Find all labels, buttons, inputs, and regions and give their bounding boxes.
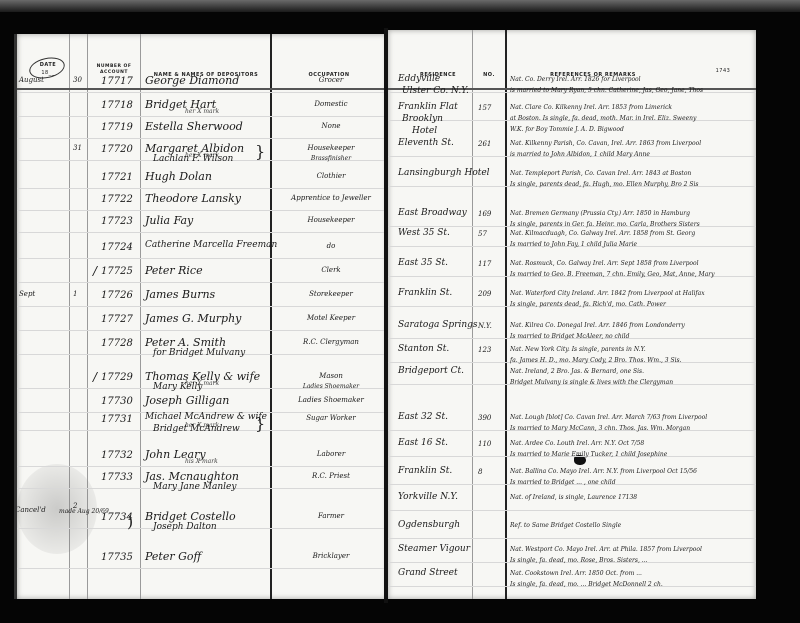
account-number: 17731 [101, 414, 133, 425]
occupation: None [279, 122, 383, 130]
account-number: 17723 [101, 216, 133, 227]
occupation: Ladies Shoemaker [279, 396, 383, 404]
date-day: 1 [73, 290, 77, 298]
remarks-line: Nat. Co. Derry Irel. Arr. 1826 for Liver… [510, 76, 750, 83]
depositor-name: Peter Rice [145, 264, 203, 277]
depositor-name: James Burns [145, 288, 215, 301]
side-note: made Aug 20/69 [59, 508, 109, 515]
residence: East 16 St. [398, 438, 448, 448]
depositor-name-line2: Lachlan F. Wilson [153, 154, 233, 164]
row-rule [17, 232, 387, 233]
account-number: 17730 [101, 396, 133, 407]
date-day: 31 [73, 144, 82, 152]
rule-name-occupation [270, 34, 272, 599]
depositor-name: Catherine Marcella Freeman [145, 240, 277, 250]
account-number: 17729 [101, 372, 133, 383]
depositor-name: Hugh Dolan [145, 170, 212, 183]
right-ledger-page: RESIDENCE No. REFERENCES OR REMARKS 1743… [388, 30, 756, 599]
remarks-line: Nat. Clare Co. Kilkenny Irel. Arr. 1853 … [510, 104, 750, 111]
residence: Lansingburgh Hotel [398, 168, 490, 178]
residence: East Broadway [398, 208, 467, 218]
rule-number-remarks [505, 30, 507, 599]
residence: Grand Street [398, 568, 458, 578]
residence-number: 57 [478, 230, 487, 238]
residence: Ogdensburgh [398, 520, 460, 530]
remarks-line: W.K. for Boy Tommie J. A. D. Bigwood [510, 126, 750, 133]
remarks-line: Is single, parents in Ger. fa. Heinr. mo… [510, 221, 750, 228]
depositor-name: Estella Sherwood [145, 120, 243, 133]
date-month: August [19, 76, 44, 84]
occupation: Farmer [279, 512, 383, 520]
depositor-name: Michael McAndrew & wife [145, 412, 267, 422]
residence-line2: Ulster Co. N.Y. [402, 86, 469, 96]
check-mark: / [93, 264, 97, 278]
depositor-name-line2: Mary Jane Manley [153, 482, 236, 492]
residence: Franklin Flat [398, 102, 458, 112]
residence: Bridgeport Ct. [398, 366, 464, 376]
remarks-line: Nat. Kilkenny Parish, Co. Cavan, Irel. A… [510, 140, 750, 147]
row-rule [17, 330, 387, 331]
remarks-line: Is single, fa. dead, mo. Rose, Bros. Sis… [510, 557, 750, 564]
occupation-line2: Brassfinisher [279, 155, 383, 162]
row-rule [17, 466, 387, 467]
occupation: R.C. Priest [279, 472, 383, 480]
brace: } [255, 414, 265, 433]
occupation: Clerk [279, 266, 383, 274]
remarks-line: Nat. Templeport Parish, Co. Cavan Irel. … [510, 170, 750, 177]
signature-mark-note: his X mark [185, 458, 218, 465]
depositor-name: Peter Goff [145, 550, 201, 563]
remarks-line: Nat. Kilrea Co. Donegal Irel. Arr. 1846 … [510, 322, 750, 329]
depositor-name: Joseph Gilligan [145, 394, 229, 407]
account-number: 17719 [101, 122, 133, 133]
remarks-line: Is single, parents dead, fa. Rich'd, mo.… [510, 301, 750, 308]
remarks-line: Is married to Geo. B. Freeman, 7 chn. Em… [510, 271, 750, 278]
residence: Stanton St. [398, 344, 449, 354]
account-number: 17722 [101, 194, 133, 205]
remarks-line: Ref. to Same Bridget Costello Single [510, 522, 750, 529]
date-day: 30 [73, 76, 82, 84]
account-number: 17726 [101, 290, 133, 301]
remarks-line: Nat. Bremen Germany (Prussia Cty.) Arr. … [510, 210, 750, 217]
residence-number: 261 [478, 140, 491, 148]
account-number: 17721 [101, 172, 133, 183]
occupation: Sugar Worker [279, 414, 383, 422]
remarks-line: fa. James H. D., mo. Mary Cody, 2 Bro. T… [510, 357, 750, 364]
occupation: do [279, 242, 383, 250]
residence: Saratoga Springs [398, 320, 478, 330]
residence: East 32 St. [398, 412, 448, 422]
remarks-line: Nat. New York City. Is single, parents i… [510, 346, 750, 353]
occupation: Storekeeper [279, 290, 383, 298]
depositor-name: Julia Fay [145, 214, 193, 227]
row-rule [17, 188, 387, 189]
remarks-line: Is married to Bridget McAleer, no child [510, 333, 750, 340]
remarks-line: Is married to Mary McCann, 3 chn. Thos. … [510, 425, 750, 432]
rule-residence-number [472, 30, 473, 599]
remarks-line: Nat. Ballina Co. Mayo Irel. Arr. N.Y. fr… [510, 468, 750, 475]
occupation: Bricklayer [279, 552, 383, 560]
header-number: No. [476, 72, 502, 78]
occupation: Clothier [279, 172, 383, 180]
occupation: Domestic [279, 100, 383, 108]
row-rule [17, 306, 387, 307]
occupation-line2: Ladies Shoemaker [279, 383, 383, 390]
account-number: 17727 [101, 314, 133, 325]
rule-account-name [140, 34, 141, 599]
remarks-line: Is single, fa. dead, mo. ... Bridget McD… [510, 581, 750, 588]
residence-number: 8 [478, 468, 482, 476]
residence: East 35 St. [398, 258, 448, 268]
date-month: Cancel'd [15, 506, 46, 514]
residence-number: 123 [478, 346, 491, 354]
remarks-line: Nat. Rosmuck, Co. Galway Irel. Arr. Sept… [510, 260, 750, 267]
residence-number: 117 [478, 260, 491, 268]
remarks-line: is married to Mary Ryan, 5 chn. Catherin… [510, 87, 750, 94]
residence: Franklin St. [398, 288, 452, 298]
row-rule [17, 138, 387, 139]
residence-number: 110 [478, 440, 491, 448]
remarks-line: Bridget Mulvany is single & lives with t… [510, 379, 750, 386]
residence: Eddyville [398, 74, 440, 84]
remarks-line: Nat. Lough [blot] Co. Cavan Irel. Arr. M… [510, 414, 750, 421]
remarks-line: is married to John Albidon, 1 child Mary… [510, 151, 750, 158]
remarks-line: Nat. Kilmacduagh, Co. Galway Irel. Arr. … [510, 230, 750, 237]
account-number: 17717 [101, 76, 133, 87]
row-rule [17, 92, 387, 93]
account-number: 17735 [101, 552, 133, 563]
page-mark: 1743 [708, 68, 738, 74]
occupation: Apprentice to Jeweller [279, 194, 383, 202]
residence-line2: Brooklyn [402, 114, 443, 124]
remarks-line: Is single, parents dead, fa. Hugh, mo. E… [510, 181, 750, 188]
residence: Franklin St. [398, 466, 452, 476]
account-number: 17725 [101, 266, 133, 277]
account-number: 17718 [101, 100, 133, 111]
remarks-line: Is married to Bridget ... , one child [510, 479, 750, 486]
remarks-line: Nat. Waterford City Ireland. Arr. 1842 f… [510, 290, 750, 297]
remarks-line: Nat. Westport Co. Mayo Irel. Arr. at Phi… [510, 546, 750, 553]
occupation: Mason [279, 372, 383, 380]
account-number: 17732 [101, 450, 133, 461]
remarks-line: Nat. Cookstown Irel. Arr. 1850 Oct. from… [510, 570, 750, 577]
occupation: Housekeeper [279, 216, 383, 224]
header-date: DATE [35, 62, 61, 68]
signature-mark-note: her X mark [185, 108, 219, 115]
occupation: Laborer [279, 450, 383, 458]
brace: ) [127, 512, 133, 531]
row-rule [388, 510, 756, 511]
check-mark: / [93, 370, 97, 384]
residence-line3: Hotel [412, 126, 437, 136]
row-rule [17, 568, 387, 569]
account-number: 17720 [101, 144, 133, 155]
row-rule [17, 116, 387, 117]
remarks-line: at Boston. Is single, fa. dead, moth. Ma… [510, 115, 750, 122]
depositor-name-line2: for Bridget Mulvany [153, 348, 245, 358]
left-ledger-page: DATE 18__ Number of Account NAME & NAMES… [14, 34, 387, 599]
remarks-line: Nat. Ardee Co. Louth Irel. Arr. N.Y. Oct… [510, 440, 750, 447]
residence-number: 209 [478, 290, 491, 298]
occupation: Motel Keeper [279, 314, 383, 322]
residence: Steamer Vigour [398, 544, 470, 554]
residence-number: N.Y. [478, 322, 492, 330]
scan-top-edge [0, 0, 800, 12]
depositor-name: Theodore Lansky [145, 192, 241, 205]
header-rule [17, 88, 387, 90]
remarks-line: Is married to Marie Emily Tucker, 1 chil… [510, 451, 750, 458]
remarks-line: Nat. of Ireland, is single, Laurence 171… [510, 494, 750, 501]
residence: West 35 St. [398, 228, 450, 238]
residence-number: 390 [478, 414, 491, 422]
residence-number: 157 [478, 104, 491, 112]
date-month: Sept [19, 290, 35, 298]
row-rule [17, 258, 387, 259]
residence: Yorkville N.Y. [398, 492, 458, 502]
occupation: Grocer [279, 76, 383, 84]
depositor-name-line2: Mary Kelly [153, 382, 202, 392]
residence: Eleventh St. [398, 138, 454, 148]
remarks-line: Is married to John Fay, 1 child Julia Ma… [510, 241, 750, 248]
brace: } [255, 142, 265, 161]
depositor-name: George Diamond [145, 74, 239, 87]
occupation: Housekeeper [279, 144, 383, 152]
header-account-number: Number of Account [91, 64, 137, 76]
depositor-name-line2: Joseph Dalton [153, 522, 217, 532]
account-number: 17724 [101, 242, 133, 253]
row-rule [17, 210, 387, 211]
account-number: 17728 [101, 338, 133, 349]
account-number: 17733 [101, 472, 133, 483]
occupation: R.C. Clergyman [279, 338, 383, 346]
depositor-name-line2: Bridget McAndrew [153, 424, 240, 434]
depositor-name: James G. Murphy [145, 312, 241, 325]
remarks-line: Nat. Ireland, 2 Bro. Jas. & Bernard, one… [510, 368, 750, 375]
row-rule [388, 538, 756, 539]
row-rule [17, 282, 387, 283]
residence-number: 169 [478, 210, 491, 218]
